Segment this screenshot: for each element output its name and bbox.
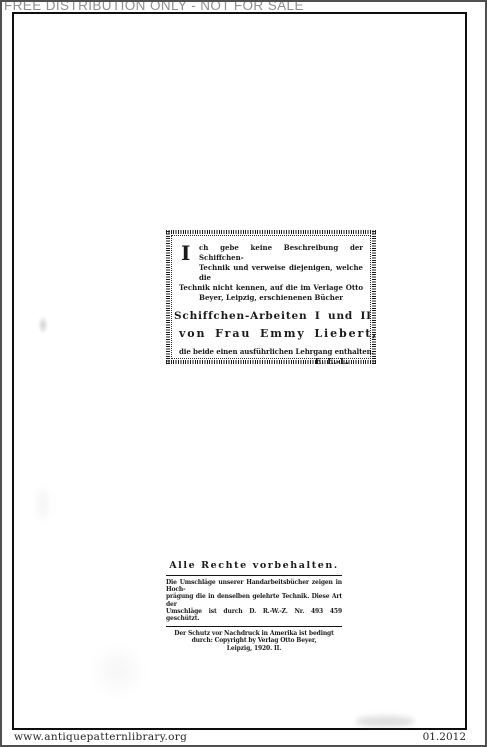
scan-stain (38, 316, 48, 334)
book-title: Schiffchen-Arbeiten I und II (174, 310, 368, 322)
page-sheet: I ch gebe keine Beschreibung der Schiffc… (12, 12, 467, 730)
scan-stain (89, 642, 147, 700)
colophon-block: Alle Rechte vorbehalten. Die Umschläge u… (166, 560, 342, 652)
scanned-page-view: FREE DISTRIBUTION ONLY - NOT FOR SALE I … (0, 0, 487, 747)
book-author: von Frau Emmy Liebert, (179, 327, 363, 340)
notice-signature: E. E.-L. (179, 357, 363, 367)
publisher-notice-content: I ch gebe keine Beschreibung der Schiffc… (171, 235, 371, 359)
note-line: Leipzig, 1920. II. (166, 645, 342, 652)
note-line: Der Schutz vor Nachdruck in Amerika ist … (166, 630, 342, 637)
copyright-note: Der Schutz vor Nachdruck in Amerika ist … (166, 630, 342, 652)
box-border-left-hatching (166, 230, 170, 364)
divider-rule (166, 575, 342, 576)
intro-line: Technik und verweise diejenigen, welche … (179, 263, 363, 283)
note-line: durch: Copyright by Verlag Otto Beyer, (166, 637, 342, 644)
rights-reserved-line: Alle Rechte vorbehalten. (166, 560, 342, 571)
divider-rule (166, 626, 342, 627)
intro-line: Technik nicht kennen, auf die im Verlage… (179, 283, 363, 293)
intro-line: ch gebe keine Beschreibung der Schiffche… (179, 243, 363, 263)
note-line: Umschläge ist durch D. R.-W.-Z. Nr. 493 … (166, 608, 342, 622)
notice-closing-line: die beide einen ausführlichen Lehrgang e… (179, 347, 363, 356)
note-line: prägung die in denselben gelehrte Techni… (166, 593, 342, 607)
intro-line: Beyer, Leipzig, erschienenen Bücher (179, 293, 363, 303)
faint-stamp-mark (356, 716, 414, 727)
publisher-notice-box: I ch gebe keine Beschreibung der Schiffc… (166, 230, 376, 364)
footer-site-url: www.antiquepatternlibrary.org (14, 731, 187, 743)
box-border-top-hatching (166, 230, 376, 234)
note-line: Die Umschläge unserer Handarbeitsbücher … (166, 579, 342, 593)
cover-protection-note: Die Umschläge unserer Handarbeitsbücher … (166, 579, 342, 622)
scan-stain (32, 482, 54, 526)
dropcap-initial: I (181, 243, 190, 263)
footer-date: 01.2012 (423, 731, 466, 743)
box-border-right-hatching (372, 230, 376, 364)
notice-intro-paragraph: I ch gebe keine Beschreibung der Schiffc… (179, 243, 363, 303)
